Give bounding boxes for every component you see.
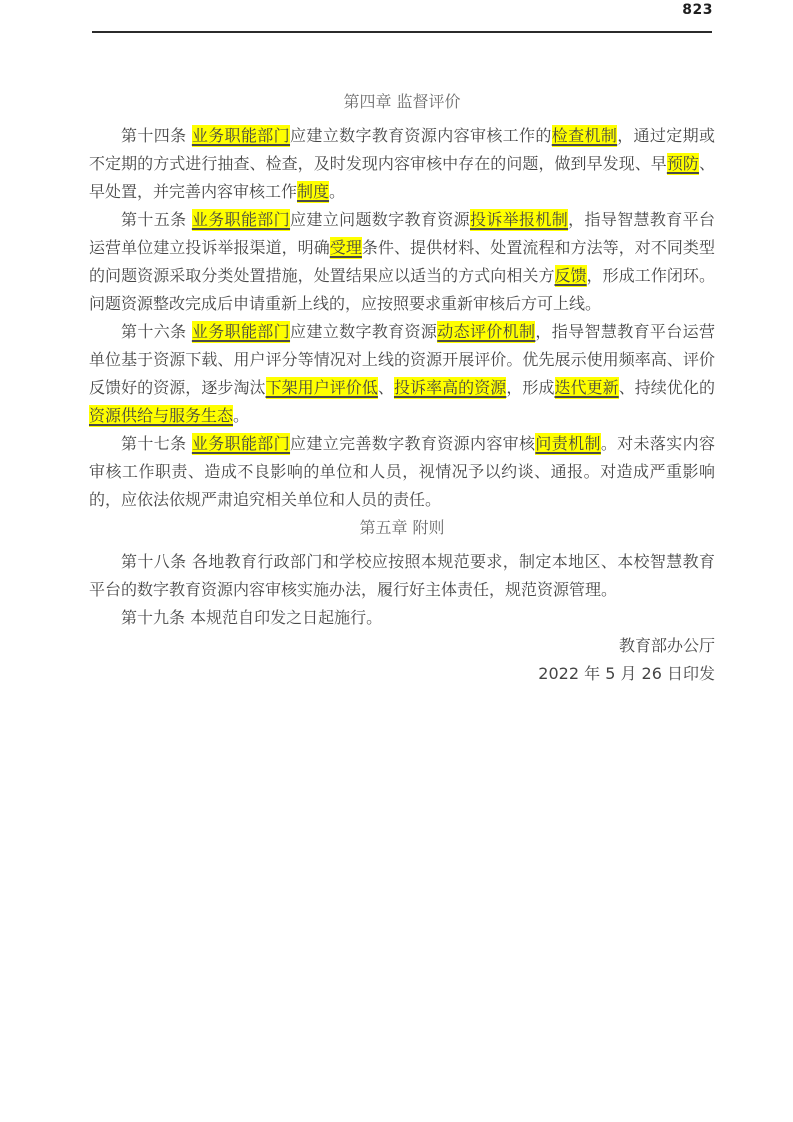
chapter-heading: 第五章 附则 (89, 514, 715, 542)
closing-line: 2022 年 5 月 26 日印发 (89, 660, 715, 688)
highlight-run: 迭代更新 (555, 377, 619, 399)
highlight-run: 受理 (330, 237, 362, 259)
text-run: 、持续优化的 (619, 378, 715, 397)
highlight-run: 业务职能部门 (192, 125, 290, 147)
text-run: 第十五条 (121, 210, 192, 229)
highlight-run: 下架用户评价低 (266, 377, 378, 399)
highlight-run: 业务职能部门 (192, 433, 290, 455)
text-run: 第十九条 本规范自印发之日起施行。 (121, 608, 382, 627)
text-run: ，形成 (506, 378, 554, 397)
highlight-run: 投诉率高的资源 (394, 377, 506, 399)
closing-line: 教育部办公厅 (89, 632, 715, 660)
text-run: 第五章 附则 (359, 518, 444, 537)
highlight-run: 问责机制 (535, 433, 600, 455)
highlight-run: 检查机制 (552, 125, 617, 147)
text-run: 第十四条 (121, 126, 192, 145)
paragraph: 第十四条 业务职能部门应建立数字教育资源内容审核工作的检查机制，通过定期或不定期… (89, 122, 715, 206)
chapter-heading: 第四章 监督评价 (89, 88, 715, 116)
text-run: 、 (378, 378, 394, 397)
text-run: 第四章 监督评价 (343, 92, 460, 111)
text-run: 应建立数字教育资源 (290, 322, 437, 341)
paragraph: 第十九条 本规范自印发之日起施行。 (89, 604, 715, 632)
highlight-run: 制度 (297, 181, 329, 203)
text-run: 教育部办公厅 (619, 636, 715, 655)
highlight-run: 动态评价机制 (437, 321, 535, 343)
paragraph: 第十六条 业务职能部门应建立数字教育资源动态评价机制，指导智慧教育平台运营单位基… (89, 318, 715, 430)
document-content: 第四章 监督评价第十四条 业务职能部门应建立数字教育资源内容审核工作的检查机制，… (89, 88, 715, 688)
document-page: 823 第四章 监督评价第十四条 业务职能部门应建立数字教育资源内容审核工作的检… (0, 0, 793, 1122)
paragraph: 第十七条 业务职能部门应建立完善数字教育资源内容审核问责机制。对未落实内容审核工… (89, 430, 715, 514)
text-run: 应建立完善数字教育资源内容审核 (290, 434, 535, 453)
text-run: 应建立数字教育资源内容审核工作的 (290, 126, 552, 145)
text-run: 。 (233, 406, 249, 425)
highlight-run: 反馈 (555, 265, 587, 287)
header-rule (92, 31, 712, 33)
paragraph: 第十五条 业务职能部门应建立问题数字教育资源投诉举报机制，指导智慧教育平台运营单… (89, 206, 715, 318)
text-run: 第十八条 各地教育行政部门和学校应按照本规范要求，制定本地区、本校智慧教育平台的… (89, 552, 715, 599)
text-run: 2022 年 5 月 26 日印发 (538, 664, 715, 683)
text-run: 应建立问题数字教育资源 (290, 210, 470, 229)
text-run: 第十六条 (121, 322, 192, 341)
highlight-run: 业务职能部门 (192, 209, 290, 231)
highlight-run: 投诉举报机制 (470, 209, 568, 231)
highlight-run: 资源供给与服务生态 (89, 405, 233, 427)
text-run: 第十七条 (121, 434, 192, 453)
highlight-run: 预防 (667, 153, 699, 175)
paragraph: 第十八条 各地教育行政部门和学校应按照本规范要求，制定本地区、本校智慧教育平台的… (89, 548, 715, 604)
page-number: 823 (682, 2, 713, 18)
text-run: 。 (329, 182, 345, 201)
highlight-run: 业务职能部门 (192, 321, 290, 343)
